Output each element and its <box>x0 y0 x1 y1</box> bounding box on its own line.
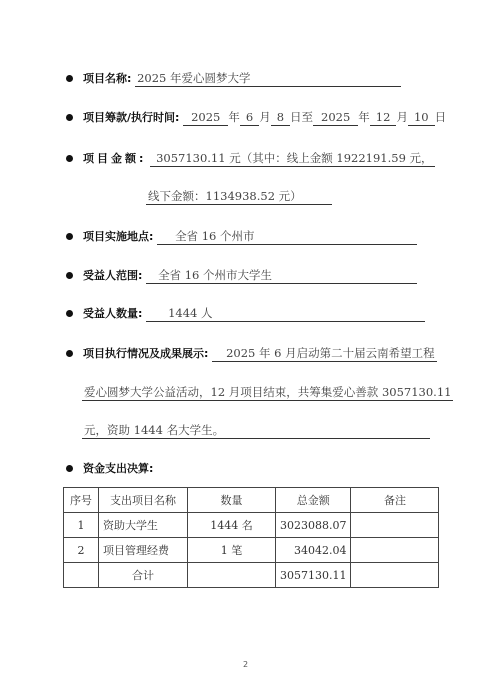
bullet-icon <box>66 272 73 279</box>
field-beneficiary-count: 受益人数量: 1444 人 <box>66 306 425 322</box>
field-location: 项目实施地点: 全省 16 个州市 <box>66 229 417 245</box>
field-value: 2025 年 6 月启动第二十届云南希望工程 <box>212 346 437 362</box>
cell-note <box>351 513 439 538</box>
cell-item: 项目管理经费 <box>99 538 188 563</box>
header-cell: 序号 <box>64 488 99 513</box>
cell-qty: 1 笔 <box>188 538 276 563</box>
field-time: 项目筹款/执行时间: 2025年6月8日至2025年12月10日 <box>66 110 446 126</box>
header-cell: 总金额 <box>276 488 351 513</box>
cell-index: 1 <box>64 513 99 538</box>
table-header-row: 序号 支出项目名称 数量 总金额 备注 <box>64 488 439 513</box>
field-value: 2025 年爱心圆梦大学 <box>135 71 401 87</box>
cell-qty <box>188 563 276 588</box>
field-value: 全省 16 个州市大学生 <box>146 268 417 284</box>
field-value: 3057130.11 元（其中：线上金额 1922191.59 元， <box>150 151 435 167</box>
cell-qty: 1444 名 <box>188 513 276 538</box>
cell-index <box>64 563 99 588</box>
header-cell: 备注 <box>351 488 439 513</box>
field-value: 1444 人 <box>146 306 425 322</box>
start-month: 6 <box>240 110 259 126</box>
end-month: 12 <box>370 110 397 126</box>
field-label: 项目执行情况及成果展示: <box>83 347 208 360</box>
bullet-icon <box>66 233 73 240</box>
cell-note <box>351 538 439 563</box>
field-beneficiary-scope: 受益人范围: 全省 16 个州市大学生 <box>66 268 417 284</box>
field-execution-cont-1: 爱心圆梦大学公益活动，12 月项目结束，共筹集爱心善款 3057130.11 <box>82 385 453 401</box>
field-value: 全省 16 个州市 <box>157 229 417 245</box>
cell-amount: 34042.04 <box>276 538 351 563</box>
bullet-icon <box>66 465 73 472</box>
bullet-icon <box>66 114 73 121</box>
bullet-icon <box>66 350 73 357</box>
end-year: 2025 <box>313 110 358 126</box>
cell-note <box>351 563 439 588</box>
field-execution-cont-2: 元，资助 1444 名大学生。 <box>82 423 430 439</box>
table-total-row: 合计 3057130.11 <box>64 563 439 588</box>
header-cell: 数量 <box>188 488 276 513</box>
field-label: 项目金额: <box>83 152 146 165</box>
bullet-icon <box>66 310 73 317</box>
field-label: 项目实施地点: <box>83 230 153 243</box>
start-year: 2025 <box>183 110 228 126</box>
field-label: 项目名称: <box>83 72 131 85</box>
field-amount-cont: 线下金额：1134938.52 元） <box>146 189 332 205</box>
table-row: 2 项目管理经费 1 笔 34042.04 <box>64 538 439 563</box>
expense-table: 序号 支出项目名称 数量 总金额 备注 1 资助大学生 1444 名 30230… <box>63 487 439 588</box>
end-day: 10 <box>408 110 435 126</box>
field-execution: 项目执行情况及成果展示: 2025 年 6 月启动第二十届云南希望工程 <box>66 346 437 362</box>
field-label: 受益人范围: <box>83 269 142 282</box>
field-amount: 项目金额: 3057130.11 元（其中：线上金额 1922191.59 元， <box>66 151 435 167</box>
bullet-icon <box>66 75 73 82</box>
cell-index: 2 <box>64 538 99 563</box>
page-number: 2 <box>243 660 248 669</box>
field-label: 项目筹款/执行时间: <box>83 111 179 124</box>
cell-item: 资助大学生 <box>99 513 188 538</box>
table-row: 1 资助大学生 1444 名 3023088.07 <box>64 513 439 538</box>
header-cell: 支出项目名称 <box>99 488 188 513</box>
field-label: 受益人数量: <box>83 307 142 320</box>
start-day: 8 <box>271 110 290 126</box>
field-project-name: 项目名称: 2025 年爱心圆梦大学 <box>66 71 401 87</box>
expense-title: 资金支出决算: <box>66 461 153 476</box>
bullet-icon <box>66 155 73 162</box>
cell-item: 合计 <box>99 563 188 588</box>
cell-amount: 3057130.11 <box>276 563 351 588</box>
cell-amount: 3023088.07 <box>276 513 351 538</box>
